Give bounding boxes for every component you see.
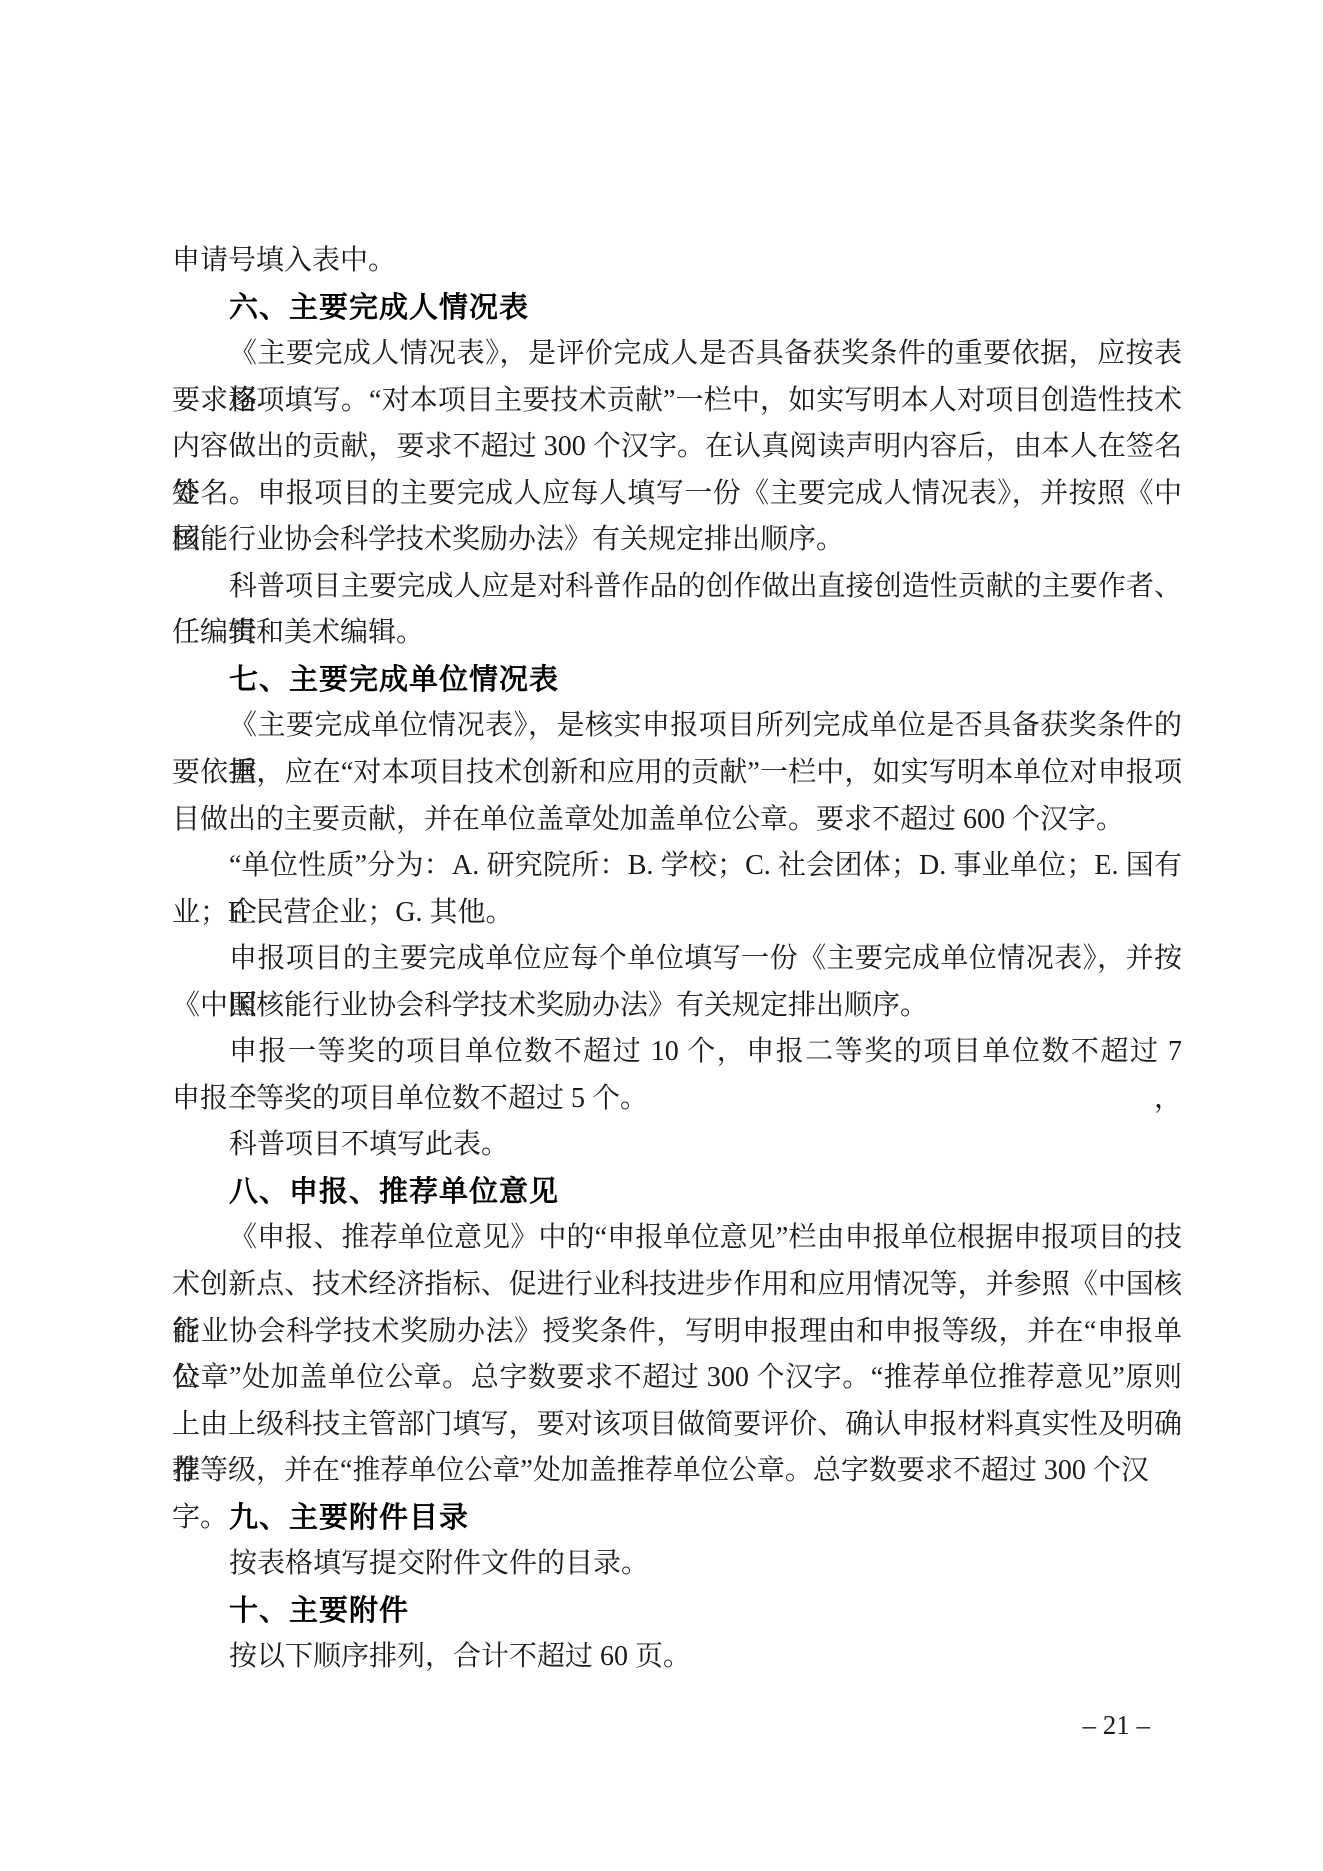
text-line: 行业协会科学技术奖励办法》授奖条件，写明申报理由和申报等级，并在“申报单位 — [172, 1309, 1182, 1356]
document-body: 申请号填入表中。六、主要完成人情况表《主要完成人情况表》，是评价完成人是否具备获… — [172, 238, 1182, 1681]
text-line: 申报一等奖的项目单位数不超过 10 个，申报二等奖的项目单位数不超过 7 个， — [172, 1029, 1182, 1076]
text-line: “单位性质”分为：A. 研究院所：B. 学校；C. 社会团体；D. 事业单位；E… — [172, 843, 1182, 890]
section-heading: 六、主要完成人情况表 — [172, 285, 1182, 332]
text-line: 《主要完成单位情况表》，是核实申报项目所列完成单位是否具备获奖条件的重 — [172, 703, 1182, 750]
section-heading: 十、主要附件 — [172, 1588, 1182, 1635]
text-line: 要依据，应在“对本项目技术创新和应用的贡献”一栏中，如实写明本单位对申报项 — [172, 750, 1182, 797]
text-line: 内容做出的贡献，要求不超过 300 个汉字。在认真阅读声明内容后，由本人在签名处 — [172, 424, 1182, 471]
text-line: 业；F. 民营企业；G. 其他。 — [172, 890, 1182, 937]
section-heading: 九、主要附件目录 — [172, 1495, 1182, 1542]
text-line: 任编辑和美术编辑。 — [172, 610, 1182, 657]
section-heading: 七、主要完成单位情况表 — [172, 657, 1182, 704]
text-line: 公章”处加盖单位公章。总字数要求不超过 300 个汉字。“推荐单位推荐意见”原则 — [172, 1355, 1182, 1402]
page-number: – 21 – — [1083, 1708, 1151, 1742]
text-line: 荐等级，并在“推荐单位公章”处加盖推荐单位公章。总字数要求不超过 300 个汉字… — [172, 1448, 1182, 1495]
text-line: 申请号填入表中。 — [172, 238, 1182, 285]
text-line: 科普项目不填写此表。 — [172, 1122, 1182, 1169]
text-line: 按以下顺序排列，合计不超过 60 页。 — [172, 1634, 1182, 1681]
document-page: 申请号填入表中。六、主要完成人情况表《主要完成人情况表》，是评价完成人是否具备获… — [0, 0, 1323, 1871]
text-line: 上由上级科技主管部门填写，要对该项目做简要评价、确认申报材料真实性及明确推 — [172, 1402, 1182, 1449]
text-line: 科普项目主要完成人应是对科普作品的创作做出直接创造性贡献的主要作者、责 — [172, 564, 1182, 611]
text-line: 要求逐项填写。“对本项目主要技术贡献”一栏中，如实写明本人对项目创造性技术 — [172, 378, 1182, 425]
text-line: 按表格填写提交附件文件的目录。 — [172, 1541, 1182, 1588]
text-line: 《主要完成人情况表》，是评价完成人是否具备获奖条件的重要依据，应按表格 — [172, 331, 1182, 378]
text-line: 目做出的主要贡献，并在单位盖章处加盖单位公章。要求不超过 600 个汉字。 — [172, 797, 1182, 844]
text-line: 《申报、推荐单位意见》中的“申报单位意见”栏由申报单位根据申报项目的技 — [172, 1215, 1182, 1262]
text-line: 申报项目的主要完成单位应每个单位填写一份《主要完成单位情况表》，并按照 — [172, 936, 1182, 983]
text-line: 《中国核能行业协会科学技术奖励办法》有关规定排出顺序。 — [172, 983, 1182, 1030]
text-line: 签名。申报项目的主要完成人应每人填写一份《主要完成人情况表》，并按照《中国 — [172, 471, 1182, 518]
section-heading: 八、申报、推荐单位意见 — [172, 1169, 1182, 1216]
text-line: 核能行业协会科学技术奖励办法》有关规定排出顺序。 — [172, 517, 1182, 564]
text-line: 术创新点、技术经济指标、促进行业科技进步作用和应用情况等，并参照《中国核能 — [172, 1262, 1182, 1309]
